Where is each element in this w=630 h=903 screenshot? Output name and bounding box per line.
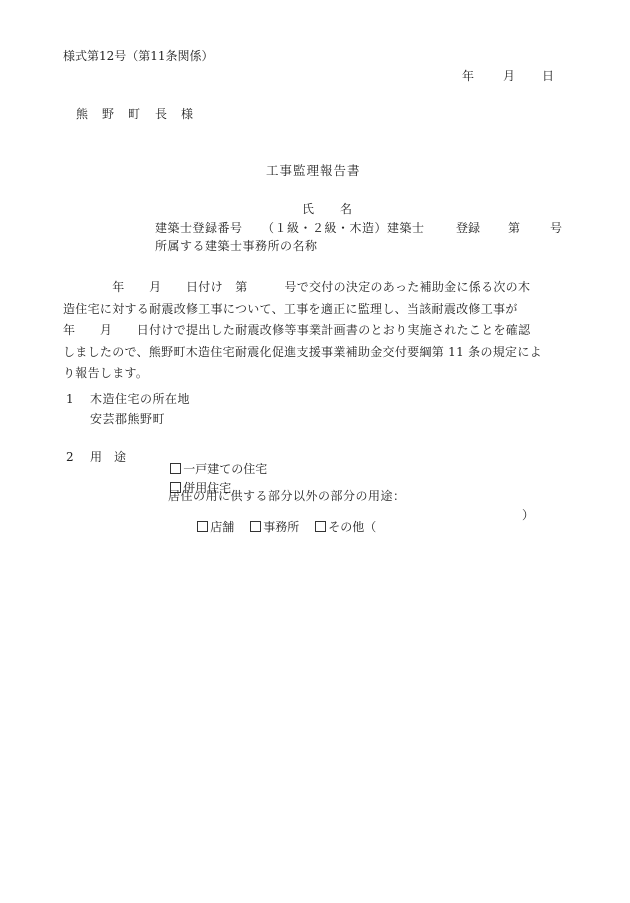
option-other[interactable]: その他（ [300,509,376,545]
addressee-char: 様 [181,108,193,120]
option-store[interactable]: 店舗 [182,509,234,545]
body-line: しましたので、熊野町木造住宅耐震化促進支援事業補助金交付要綱第 11 条の規定に… [63,342,565,364]
checkbox-icon[interactable] [197,521,208,532]
date-month-label: 月 [503,70,515,82]
section-number: 2 [66,451,74,463]
addressee-char: 熊 [76,108,88,120]
office-name-label: 所属する建築士事務所の名称 [155,240,318,252]
section-label: 木造住宅の所在地 [90,393,190,405]
registration-no-prefix: 第 [508,222,520,234]
body-line: り報告します。 [63,363,565,385]
other-close-paren: ） [522,509,534,521]
location-value: 安芸郡熊野町 [90,413,165,425]
name-label-2: 名 [340,203,352,215]
document-title: 工事監理報告書 [266,165,361,178]
registration-no-suffix: 号 [550,222,562,234]
option-label: 店舗 [210,520,234,534]
section-number: 1 [66,393,74,405]
checkbox-icon[interactable] [250,521,261,532]
name-label-1: 氏 [302,203,314,215]
body-line: 年 月 日付け 第 号で交付の決定のあった補助金に係る次の木 [63,277,565,299]
option-office[interactable]: 事務所 [235,509,299,545]
report-body: 年 月 日付け 第 号で交付の決定のあった補助金に係る次の木 造住宅に対する耐震… [63,277,565,385]
body-line: 造住宅に対する耐震改修工事について、工事を適正に監理し、当該耐震改修工事が [63,299,565,321]
addressee-char: 町 [128,108,140,120]
registration-label: 建築士登録番号 [155,222,243,234]
option-label: 事務所 [263,520,299,534]
option-label: その他（ [328,520,376,534]
addressee-char: 長 [155,108,167,120]
date-year-label: 年 [462,70,474,82]
registration-class: （１級・２級・木造）建築士 [262,222,425,234]
addressee-char: 野 [102,108,114,120]
registration-reg-label: 登録 [456,222,480,234]
date-day-label: 日 [542,70,554,82]
checkbox-icon[interactable] [315,521,326,532]
non-residential-usage-label: 居住の用に供する部分以外の部分の用途： [168,490,406,502]
body-line: 年 月 日付けで提出した耐震改修等事業計画書のとおり実施されたことを確認 [63,320,565,342]
form-label: 様式第12号（第11条関係） [63,50,214,62]
section-label: 用 途 [90,451,126,463]
